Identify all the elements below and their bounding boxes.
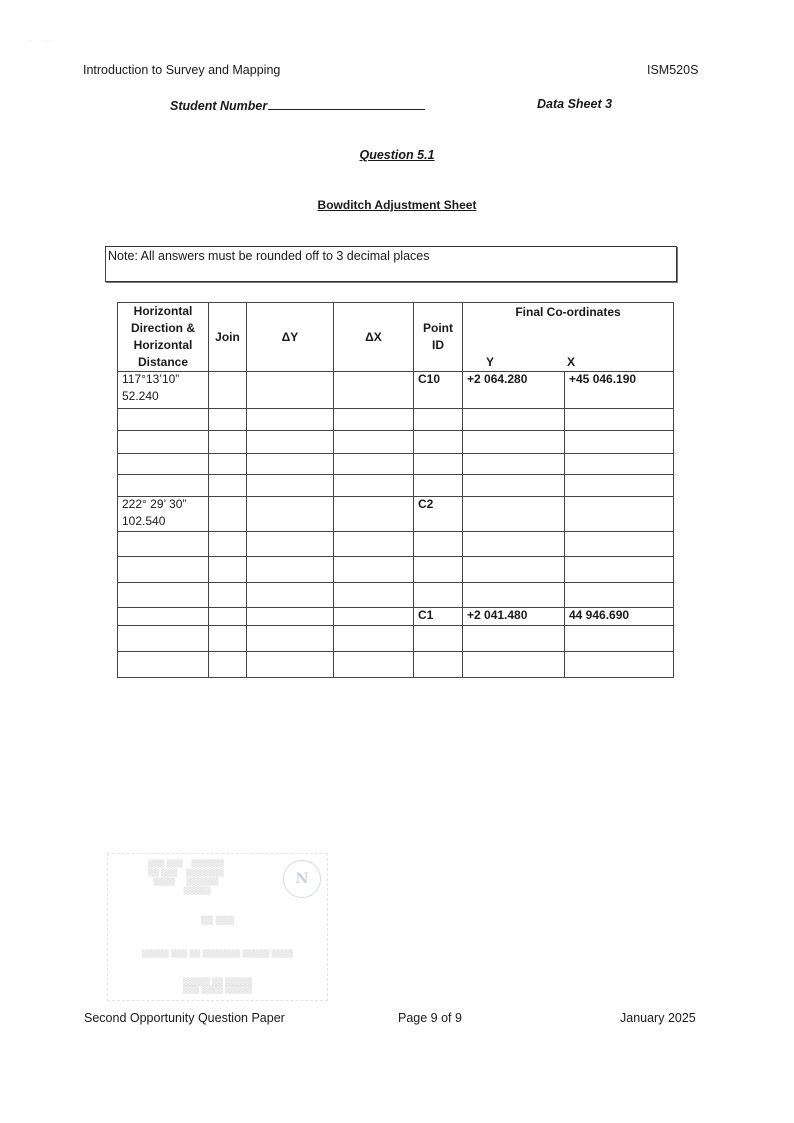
cell-direction-distance[interactable]: 222° 29’ 30”102.540 [118, 497, 209, 532]
table-row [118, 454, 674, 475]
cell-final-y[interactable]: +2 064.280 [463, 372, 565, 409]
cell-point-id[interactable] [414, 557, 463, 583]
cell-delta-x[interactable] [334, 532, 414, 557]
cell-final-x[interactable] [565, 532, 674, 557]
cell-direction-distance[interactable] [118, 532, 209, 557]
cell-join[interactable] [209, 557, 247, 583]
cell-point-id[interactable] [414, 409, 463, 431]
cell-join[interactable] [209, 372, 247, 409]
sheet-title: Bowditch Adjustment Sheet [0, 198, 794, 212]
cell-point-id[interactable] [414, 431, 463, 454]
stamp-text-middle: ▒▒▒▒▒ ▒▒▒ ▒▒ ▒▒▒▒▒▒▒ ▒▒▒▒▒ ▒▒▒▒ [108, 950, 327, 958]
cell-point-id[interactable] [414, 475, 463, 497]
table-header-row: Horizontal Direction & Horizontal Distan… [118, 303, 674, 372]
footer-paper-type: Second Opportunity Question Paper [84, 1011, 285, 1025]
cell-delta-x[interactable] [334, 475, 414, 497]
cell-direction-distance[interactable] [118, 608, 209, 626]
cell-delta-x[interactable] [334, 583, 414, 608]
bowditch-table: Horizontal Direction & Horizontal Distan… [117, 302, 674, 678]
cell-delta-y[interactable] [247, 626, 334, 652]
cell-join[interactable] [209, 626, 247, 652]
cell-delta-y[interactable] [247, 409, 334, 431]
cell-delta-y[interactable] [247, 583, 334, 608]
cell-point-id[interactable] [414, 532, 463, 557]
cell-point-id[interactable]: C10 [414, 372, 463, 409]
cell-point-id[interactable] [414, 583, 463, 608]
cell-direction-distance[interactable] [118, 454, 209, 475]
cell-direction-distance[interactable]: 117°13’10”52.240 [118, 372, 209, 409]
distance-value: 102.540 [122, 514, 204, 528]
table-row: 222° 29’ 30”102.540C2 [118, 497, 674, 532]
stamp-text-bottom: ▒▒▒▒▒ ▒▒ ▒▒▒▒▒▒▒▒ ▒▒▒▒ ▒▒▒▒▒ [108, 978, 327, 994]
cell-delta-x[interactable] [334, 431, 414, 454]
course-code: ISM520S [647, 63, 698, 77]
cell-delta-x[interactable] [334, 454, 414, 475]
cell-delta-x[interactable] [334, 557, 414, 583]
table-row: C1+2 041.48044 946.690 [118, 608, 674, 626]
cell-direction-distance[interactable] [118, 409, 209, 431]
table-row [118, 409, 674, 431]
cell-final-x[interactable] [565, 431, 674, 454]
stamp-text-top: ▒▒▒ ▒▒▒ ▒▒▒▒▒▒▒▒ ▒▒▒ ▒▒▒▒▒▒▒▒▒▒▒ ▒▒▒▒▒▒ … [116, 860, 256, 896]
cell-final-y[interactable] [463, 557, 565, 583]
table-row [118, 532, 674, 557]
cell-final-x[interactable] [565, 475, 674, 497]
footer-date: January 2025 [620, 1011, 696, 1025]
cell-point-id[interactable]: C1 [414, 608, 463, 626]
cell-final-y[interactable] [463, 532, 565, 557]
table-row [118, 475, 674, 497]
cell-point-id[interactable] [414, 626, 463, 652]
footer-page-number: Page 9 of 9 [398, 1011, 462, 1025]
cell-delta-y[interactable] [247, 372, 334, 409]
cell-final-y[interactable]: +2 041.480 [463, 608, 565, 626]
cell-final-x[interactable] [565, 583, 674, 608]
table-row [118, 652, 674, 678]
cell-delta-y[interactable] [247, 652, 334, 678]
final-coordinates-title: Final Co-ordinates [467, 303, 669, 321]
table-row [118, 431, 674, 454]
distance-value: 52.240 [122, 389, 204, 403]
student-number-blank[interactable] [268, 97, 425, 110]
cell-final-y[interactable] [463, 409, 565, 431]
header-point-id: Point ID [414, 303, 463, 372]
cell-delta-x[interactable] [334, 409, 414, 431]
cell-join[interactable] [209, 431, 247, 454]
header-final-y: Y [486, 354, 494, 371]
cell-delta-y[interactable] [247, 532, 334, 557]
cell-delta-x[interactable] [334, 497, 414, 532]
cell-final-x[interactable] [565, 497, 674, 532]
student-number-label: Student Number [170, 99, 267, 113]
cell-delta-y[interactable] [247, 431, 334, 454]
cell-join[interactable] [209, 454, 247, 475]
header-join: Join [209, 303, 247, 372]
stamp-date: ▒▒ ▒▒▒ [108, 916, 327, 925]
cell-join[interactable] [209, 497, 247, 532]
table-row [118, 557, 674, 583]
data-sheet-label: Data Sheet 3 [537, 97, 612, 111]
cell-join[interactable] [209, 532, 247, 557]
cell-join[interactable] [209, 583, 247, 608]
cell-point-id[interactable] [414, 454, 463, 475]
cell-final-y[interactable] [463, 497, 565, 532]
cell-final-y[interactable] [463, 454, 565, 475]
header-final-x: X [567, 354, 575, 371]
cell-delta-y[interactable] [247, 475, 334, 497]
header-delta-x: ΔX [334, 303, 414, 372]
cell-delta-y[interactable] [247, 454, 334, 475]
direction-value: 117°13’10” [122, 372, 179, 386]
cell-delta-y[interactable] [247, 557, 334, 583]
header-direction-distance: Horizontal Direction & Horizontal Distan… [118, 303, 209, 372]
cell-final-y[interactable] [463, 626, 565, 652]
university-seal-icon: N [283, 860, 321, 898]
cell-final-y[interactable] [463, 475, 565, 497]
cell-point-id[interactable] [414, 652, 463, 678]
cell-join[interactable] [209, 475, 247, 497]
cell-final-x[interactable]: +45 046.190 [565, 372, 674, 409]
cell-final-x[interactable] [565, 454, 674, 475]
header-final-coordinates: Final Co-ordinates Y X [463, 303, 674, 372]
cell-join[interactable] [209, 608, 247, 626]
cell-delta-y[interactable] [247, 497, 334, 532]
cell-final-x[interactable] [565, 409, 674, 431]
student-number-field: Student Number [170, 97, 425, 113]
cell-join[interactable] [209, 652, 247, 678]
cell-final-x[interactable] [565, 557, 674, 583]
cell-direction-distance[interactable] [118, 626, 209, 652]
cell-delta-x[interactable] [334, 626, 414, 652]
official-stamp: ▒▒▒ ▒▒▒ ▒▒▒▒▒▒▒▒ ▒▒▒ ▒▒▒▒▒▒▒▒▒▒▒ ▒▒▒▒▒▒ … [107, 853, 328, 1001]
table-row [118, 583, 674, 608]
table-row [118, 626, 674, 652]
cell-final-y[interactable] [463, 583, 565, 608]
cell-final-y[interactable] [463, 652, 565, 678]
cell-final-x[interactable] [565, 626, 674, 652]
cell-delta-x[interactable] [334, 608, 414, 626]
cell-point-id[interactable]: C2 [414, 497, 463, 532]
cell-direction-distance[interactable] [118, 475, 209, 497]
cell-direction-distance[interactable] [118, 557, 209, 583]
cell-final-x[interactable]: 44 946.690 [565, 608, 674, 626]
question-number: Question 5.1 [0, 148, 794, 162]
course-title: Introduction to Survey and Mapping [83, 63, 280, 77]
cell-direction-distance[interactable] [118, 431, 209, 454]
table-row: 117°13’10”52.240C10+2 064.280+45 046.190 [118, 372, 674, 409]
cell-final-y[interactable] [463, 431, 565, 454]
cell-join[interactable] [209, 409, 247, 431]
note-text: Note: All answers must be rounded off to… [108, 249, 429, 263]
cell-direction-distance[interactable] [118, 652, 209, 678]
scan-specks: · · · [30, 38, 51, 44]
cell-delta-y[interactable] [247, 608, 334, 626]
cell-delta-x[interactable] [334, 652, 414, 678]
direction-value: 222° 29’ 30” [122, 497, 186, 511]
cell-direction-distance[interactable] [118, 583, 209, 608]
cell-delta-x[interactable] [334, 372, 414, 409]
header-delta-y: ΔY [247, 303, 334, 372]
note-box: Note: All answers must be rounded off to… [105, 246, 677, 282]
cell-final-x[interactable] [565, 652, 674, 678]
